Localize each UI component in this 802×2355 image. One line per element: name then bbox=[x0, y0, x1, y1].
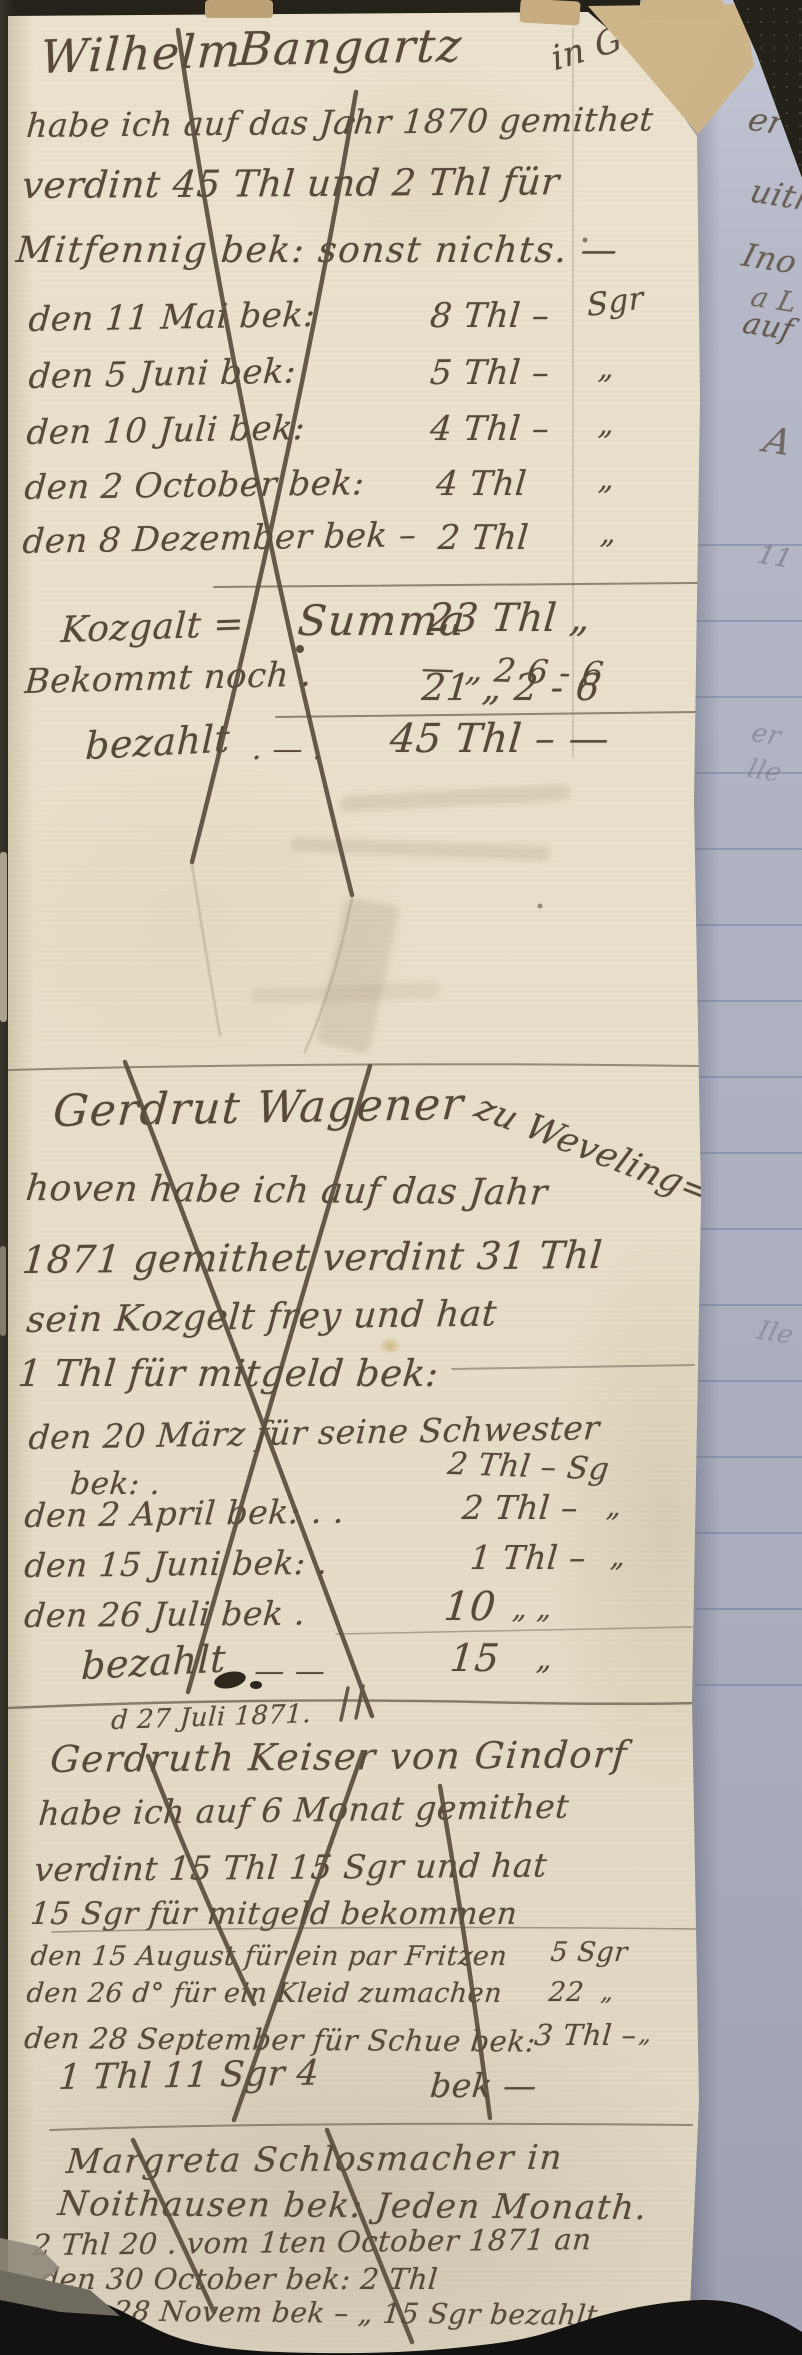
entry4-title: Margreta Schlosmacher in bbox=[65, 2138, 565, 2182]
entry2-body-line: 1871 gemithet verdint 31 Thl bbox=[21, 1233, 605, 1282]
entry2-title: Gerdrut Wagener bbox=[51, 1079, 466, 1137]
payment-row-amount: 2 Thl bbox=[437, 518, 531, 558]
entry3-body-line: habe ich auf 6 Monat gemithet bbox=[37, 1787, 570, 1833]
entry2-paid-label: bezahlt bbox=[80, 1636, 226, 1688]
entry2-body-line: hoven habe ich auf das Jahr bbox=[24, 1168, 549, 1214]
entry1-paid-label: bezahlt bbox=[84, 716, 230, 768]
entry3-balance: 1 Thl 11 Sgr 4 bbox=[57, 2053, 321, 2098]
payment-row-amount: 1 Thl – bbox=[469, 1538, 588, 1577]
entry1-kostgeld-label: Kozgalt = bbox=[60, 604, 245, 651]
entry1-body-line: habe ich auf das Jahr 1870 gemithet bbox=[25, 99, 655, 145]
spine-paper-sliver bbox=[0, 852, 7, 1022]
entry3-balance-note: bek — bbox=[429, 2066, 539, 2105]
spine-paper-sliver bbox=[0, 1246, 6, 1336]
payment-row-date: den 15 Juni bek: . bbox=[23, 1543, 329, 1585]
scanned-ledger-photo: er uith Ino a L auf A 11 er lle Ile Wilh… bbox=[0, 0, 802, 2355]
payment-row-ditto: „ bbox=[605, 1490, 623, 1523]
payment-row-ditto: „ „ bbox=[511, 1592, 553, 1625]
payment-row-ditto: „ bbox=[638, 2020, 653, 2048]
payment-row-amount: 22 bbox=[547, 1977, 585, 2008]
entry2-paid-dashes: — — bbox=[253, 1654, 327, 1689]
payment-row-date: den 15 August für ein par Fritzen bbox=[29, 1941, 508, 1972]
payment-row-ditto: „ bbox=[609, 1540, 627, 1573]
entry3-date-note: d 27 Juli 1871. bbox=[110, 1699, 312, 1736]
payment-row-ditto: „ bbox=[535, 1642, 554, 1677]
entry1-remainder-label: Bekommt noch . bbox=[24, 654, 313, 702]
payment-row-ditto: „ bbox=[597, 351, 616, 386]
payment-row-amount: 2 Thl – Sg bbox=[446, 1446, 612, 1488]
payment-row-date: den 2 October bek: bbox=[23, 463, 366, 508]
payment-row-amount: 3 Thl – bbox=[533, 2018, 638, 2052]
paper-fragment bbox=[205, 0, 273, 18]
payment-row-date: den 2 April bek: . . bbox=[23, 1492, 346, 1536]
paper-fragment bbox=[519, 0, 580, 26]
payment-row-amount: 8 Thl – bbox=[429, 296, 552, 336]
payment-row-ditto: „ bbox=[597, 407, 616, 442]
entry3-body-line: verdint 15 Thl 15 Sgr und hat bbox=[33, 1846, 549, 1890]
entry4-body-line: 2 Thl 20 . vom 1ten October 1871 an bbox=[31, 2222, 592, 2262]
payment-row-date: den 28 September für Schue bek: bbox=[23, 2021, 538, 2059]
entry1-summa-amount: 23 Thl „ bbox=[426, 596, 592, 641]
payment-row-amount: 5 Sgr bbox=[549, 1937, 629, 1968]
entry4-body-line: den 30 October bek: 2 Thl bbox=[39, 2262, 439, 2296]
payment-row-date: den 26 Juli bek . bbox=[23, 1594, 307, 1635]
side-text-fragment: auf bbox=[739, 306, 797, 348]
side-text-fragment: lle bbox=[744, 754, 785, 788]
entry1-body-line: Mitfennig bek: sonst nichts. — bbox=[14, 230, 620, 271]
payment-row-ditto: „ bbox=[597, 462, 616, 497]
entry3-body-line: 15 Sgr für mitgeld bekommen bbox=[29, 1896, 519, 1932]
entry1-title-last: Bangartz bbox=[236, 18, 464, 76]
payment-row-ditto: „ bbox=[599, 516, 618, 551]
entry1-body-line: verdint 45 Thl und 2 Thl für bbox=[21, 160, 562, 207]
payment-row-amount: 5 Thl – bbox=[429, 353, 552, 393]
payment-row-amount: 10 bbox=[442, 1584, 498, 1630]
payment-row-date: den 5 Juni bek: bbox=[27, 351, 297, 397]
ink-bleed-smudge bbox=[290, 837, 550, 860]
entry2-paid-amount: 15 bbox=[448, 1636, 501, 1680]
side-text-fragment: Ino bbox=[738, 236, 801, 281]
ink-bleed-smudge bbox=[315, 896, 400, 1054]
paper-fragment bbox=[640, 0, 724, 20]
payment-row-amount: 4 Thl – bbox=[429, 409, 552, 449]
entry1-remainder-amount: 21 „ 2 - 6 bbox=[420, 666, 602, 709]
entry4-body-line: Noithausen bek: Jeden Monath. bbox=[56, 2184, 649, 2228]
entry2-body-line: 1 Thl für mitgeld bek: bbox=[16, 1352, 440, 1395]
entry1-paid-amount: 45 Thl – — bbox=[388, 716, 611, 762]
ink-bleed-smudge bbox=[340, 784, 571, 812]
payment-row-date: den 26 d° für ein Kleid zumachen bbox=[25, 1978, 503, 2009]
payment-row-date: den 10 Juli bek: bbox=[25, 408, 306, 453]
entry1-title-first: Wilhelm bbox=[39, 23, 243, 84]
payment-row-amount: 2 Thl – bbox=[461, 1488, 580, 1527]
payment-row-date: den 8 Dezember bek – bbox=[21, 515, 418, 562]
entry4-body-line: den 28 Novem bek – „ 15 Sgr bezahlt bbox=[49, 2294, 600, 2332]
adjacent-page-ruled-lines bbox=[695, 470, 802, 1740]
payment-row-amount: 4 Thl bbox=[435, 464, 529, 504]
entry3-title: Gerdruth Keiser von Gindorf bbox=[49, 1733, 630, 1781]
payment-row-ditto: Sgr bbox=[586, 280, 645, 324]
payment-row-ditto: „ bbox=[600, 1978, 615, 2006]
ink-bleed-smudge bbox=[250, 982, 440, 1005]
side-text-fragment: Ile bbox=[754, 1316, 797, 1351]
entry2-body-line: sein Kozgelt frey und hat bbox=[25, 1293, 498, 1341]
ledger-page: Wilhelm Bangartz in Gindorf habe ich auf… bbox=[0, 0, 802, 2355]
entry1-paid-dots: . — . bbox=[251, 732, 325, 767]
payment-row-date: den 11 Mai bek: bbox=[27, 295, 317, 340]
